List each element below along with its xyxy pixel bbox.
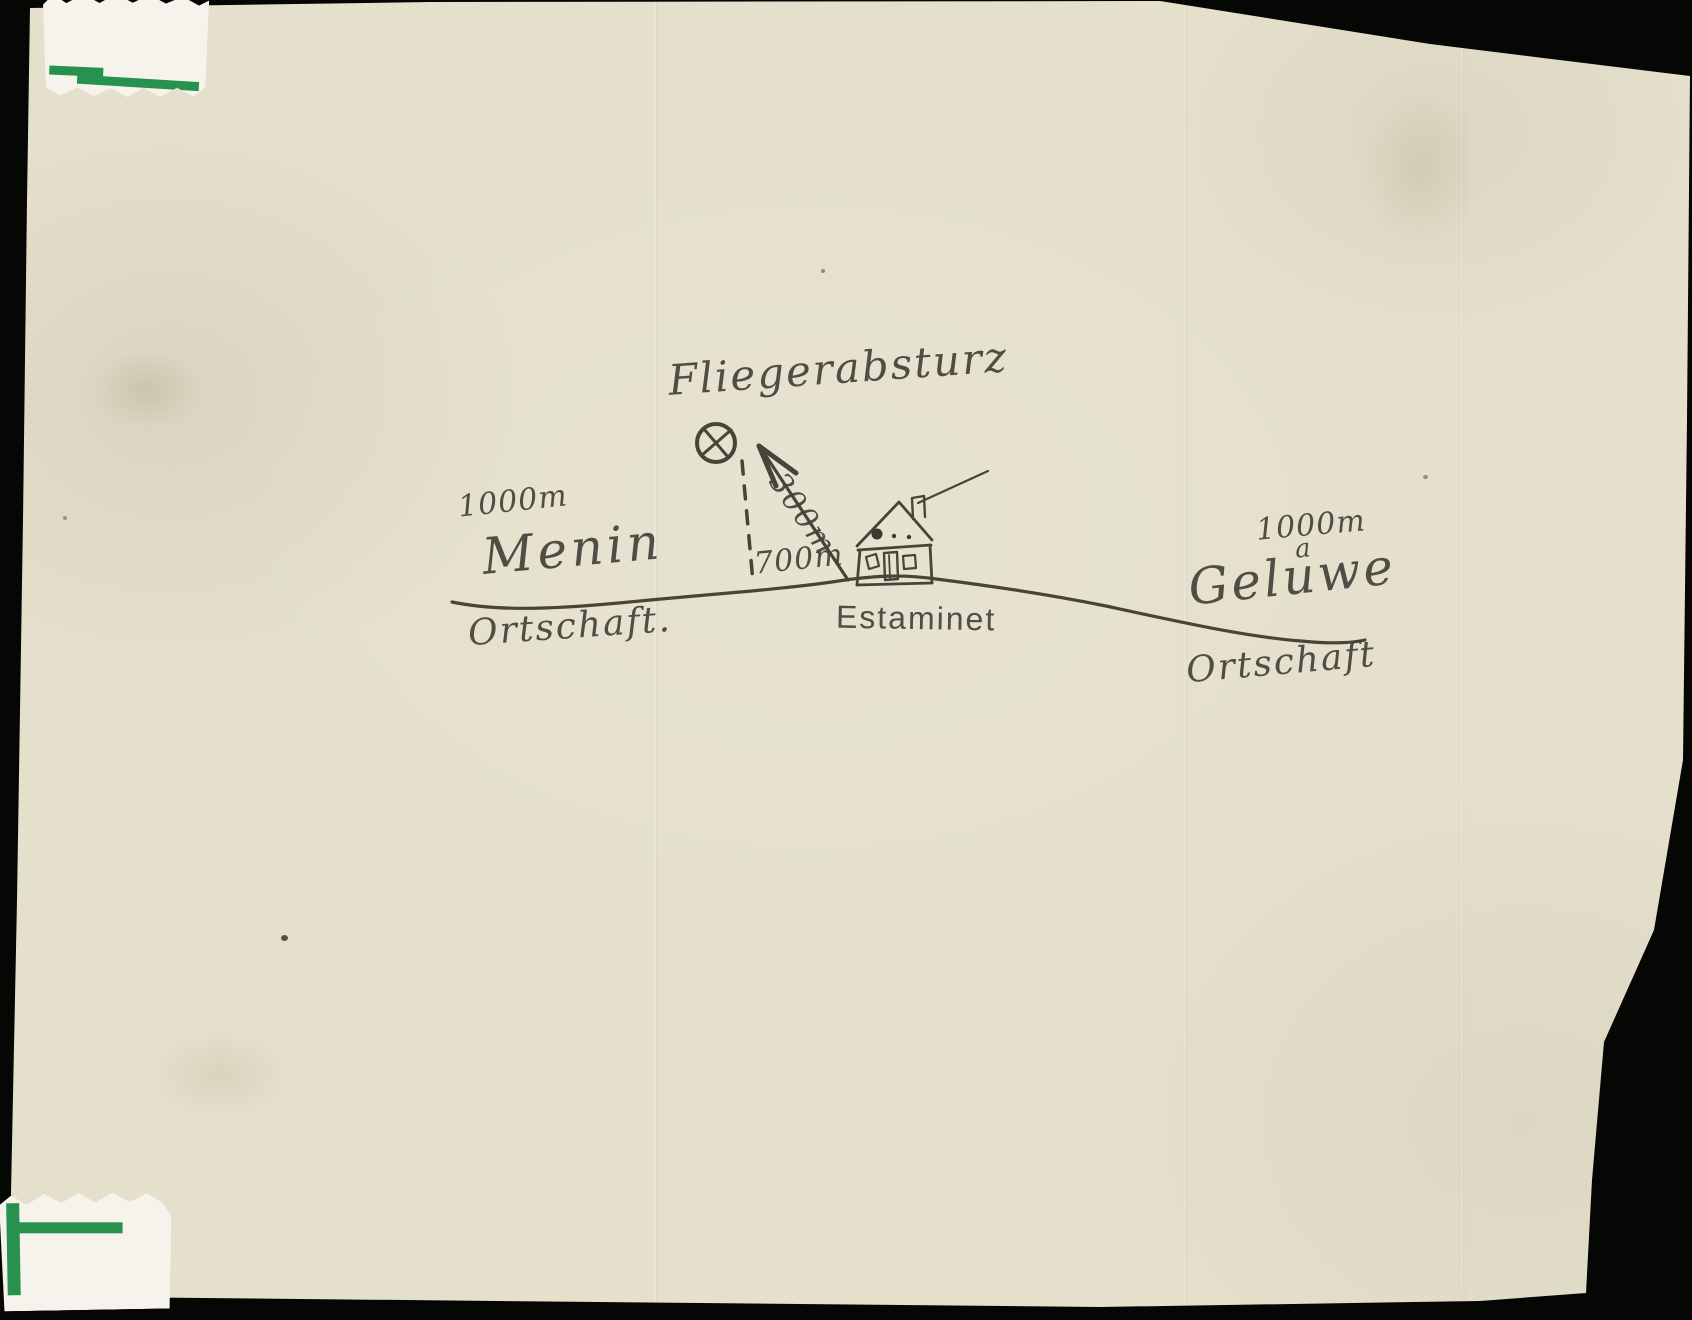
tape-green-stripe [6, 1203, 21, 1295]
estaminet-label: Estaminet [836, 599, 997, 639]
estaminet-house-icon [857, 471, 988, 585]
house-wire-line [918, 471, 988, 503]
geluwe-correction-label: a [1293, 533, 1312, 564]
sketch-drawing [0, 0, 1692, 1320]
tape-top-left [41, 0, 210, 100]
crash-site-marker-icon [697, 424, 735, 462]
house-window-left [866, 554, 879, 569]
tape-bottom-left [0, 1191, 173, 1312]
tape-green-stripe [15, 1222, 123, 1233]
dashed-distance-line [742, 461, 753, 582]
house-window-right [903, 555, 916, 569]
tape-green-stripe [77, 75, 199, 91]
scanned-sketch-map: Fliegerabsturz 1000m Menin Ortschaft. 70… [0, 0, 1692, 1320]
